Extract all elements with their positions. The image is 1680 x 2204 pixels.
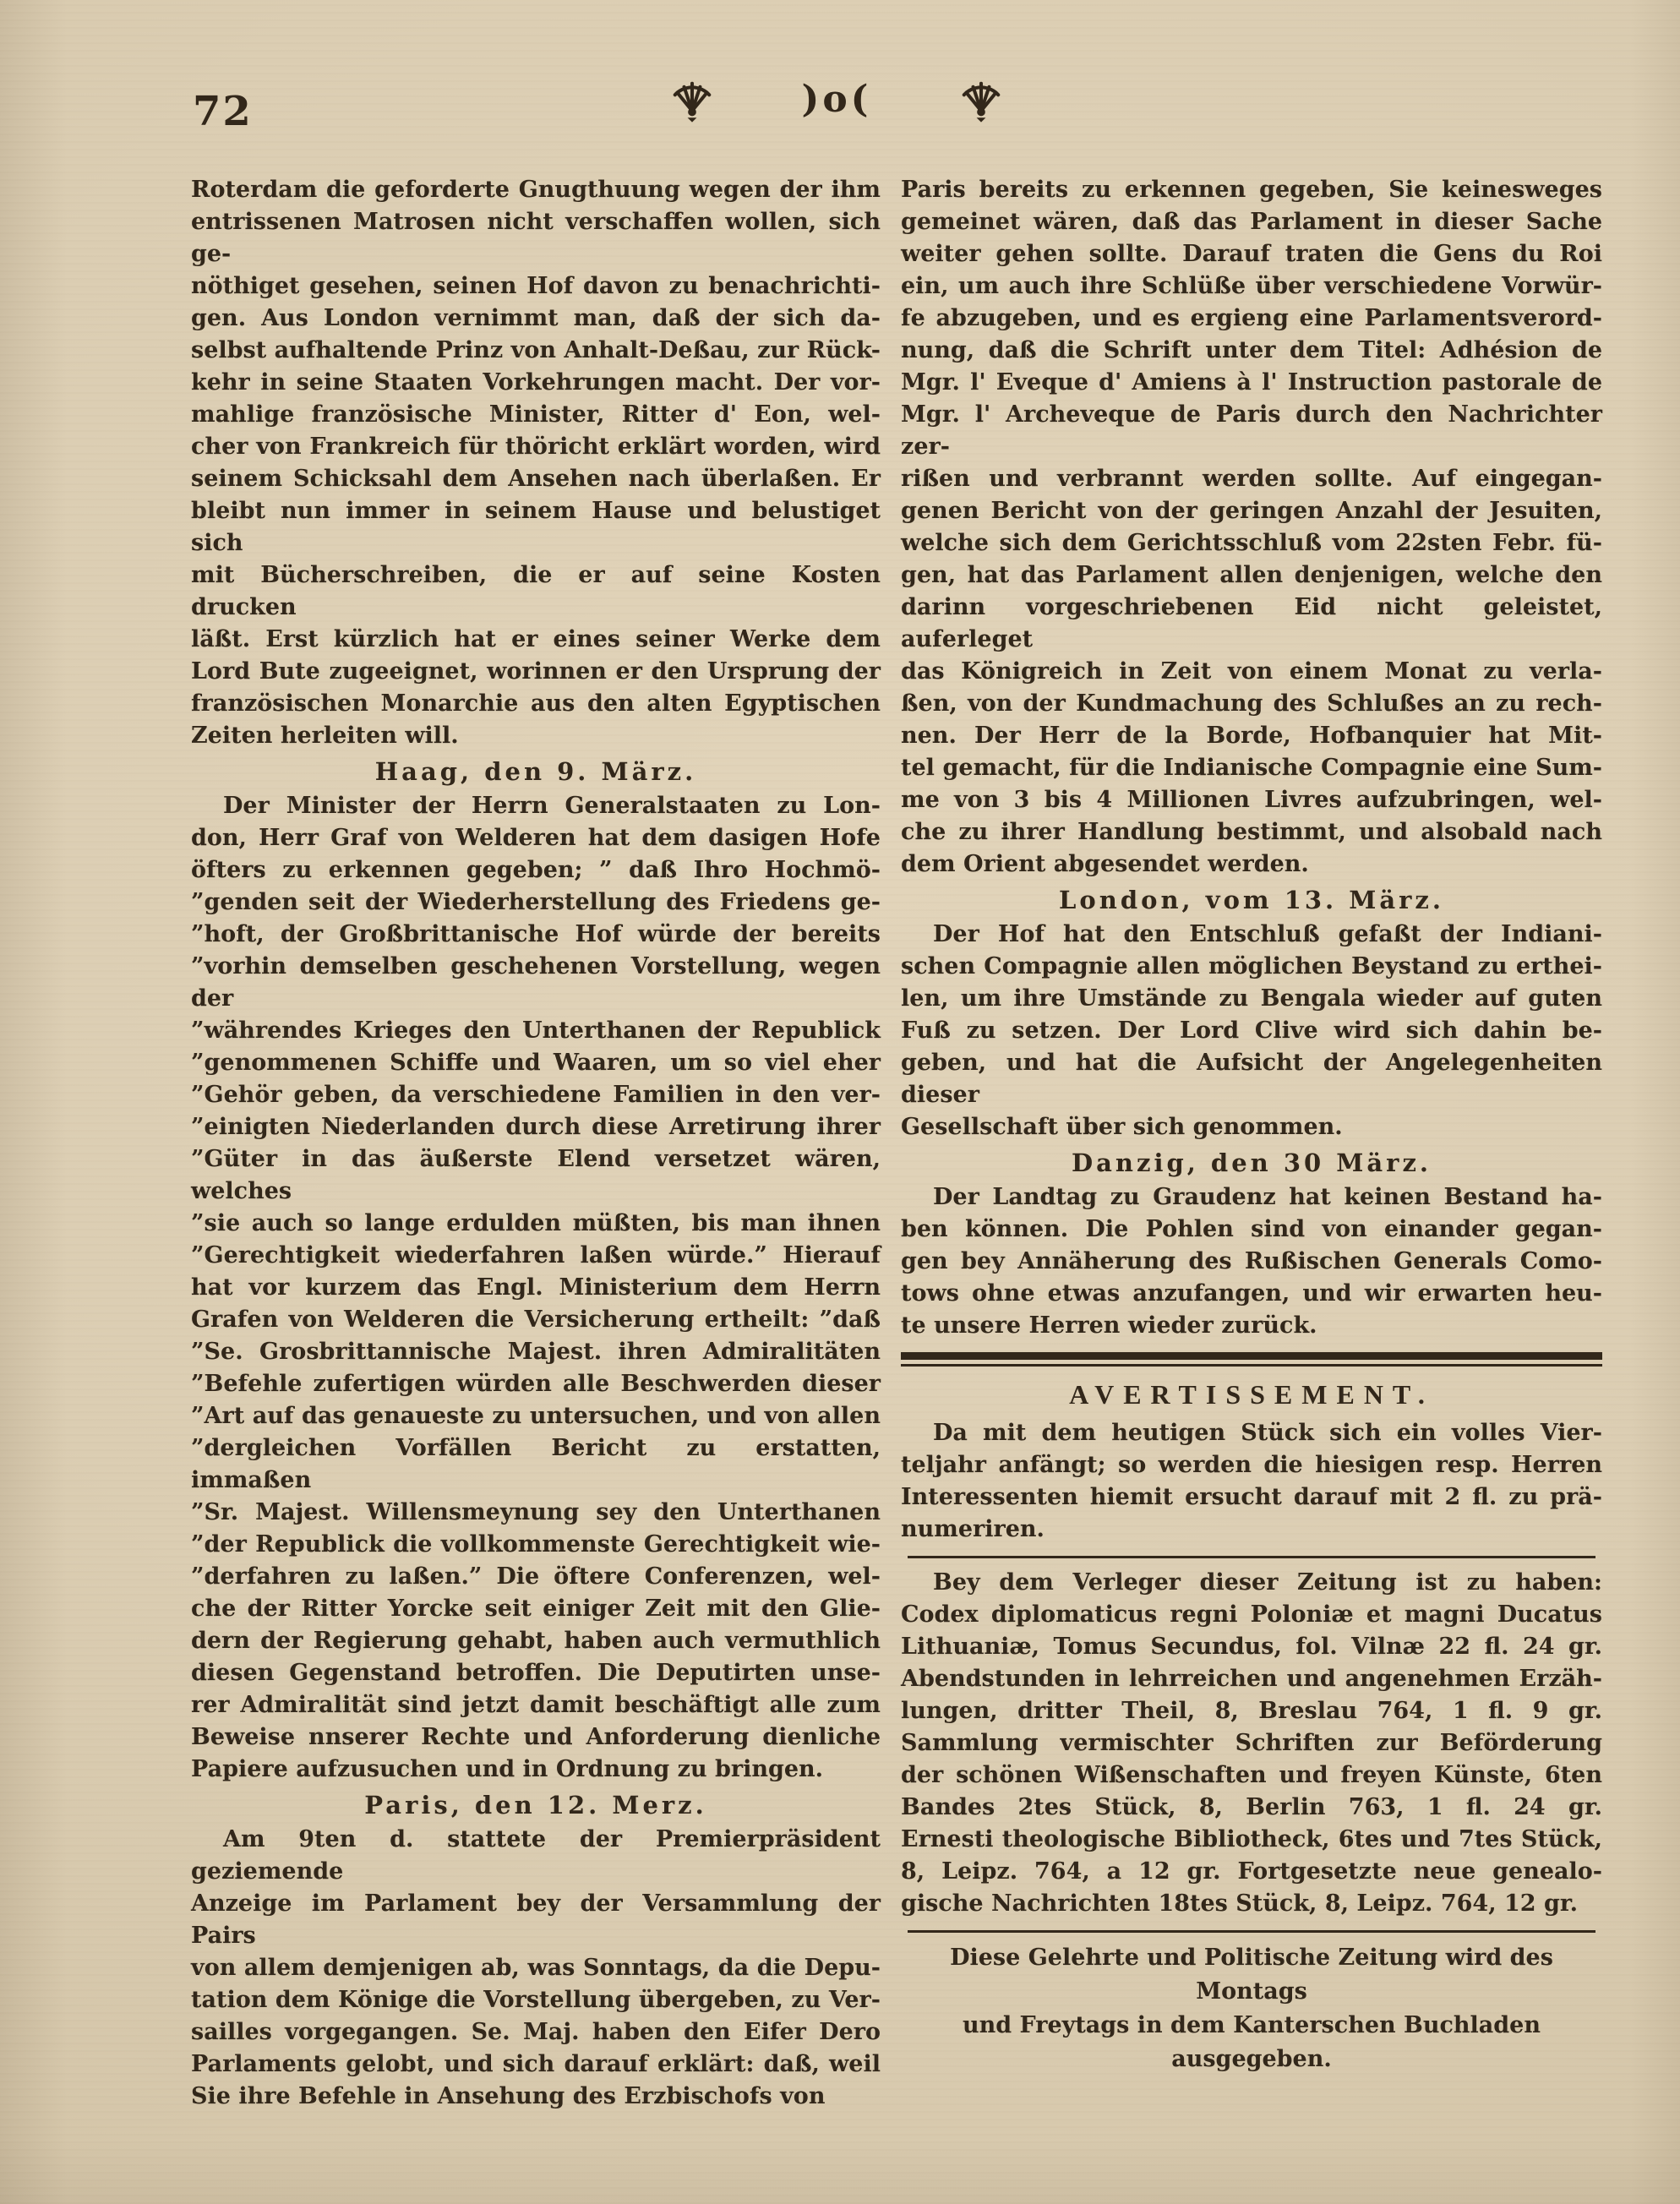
text-line: der schönen Wißenschaften und freyen Kün…	[901, 1759, 1602, 1792]
text-line: ”währendes Krieges den Unterthanen der R…	[191, 1015, 881, 1047]
right-text-column: Paris bereits zu erkennen gegeben, Sie k…	[901, 174, 1602, 2076]
text-line: gische Nachrichten 18tes Stück, 8, Leipz…	[901, 1888, 1602, 1920]
text-line: Der Landtag zu Graudenz hat keinen Besta…	[901, 1181, 1602, 1214]
text-line: ßen, von der Kundmachung des Schlußes an…	[901, 688, 1602, 720]
text-line: rißen und verbrannt werden sollte. Auf e…	[901, 463, 1602, 495]
text-line: fe abzugeben, und es ergieng eine Parlam…	[901, 303, 1602, 335]
text-line: Zeiten herleiten will.	[191, 720, 881, 752]
text-line: öfters zu erkennen gegeben; ” daß Ihro H…	[191, 854, 881, 887]
text-line: 8, Leipz. 764, a 12 gr. Fortgesetzte neu…	[901, 1856, 1602, 1888]
text-line: len, um ihre Umstände zu Bengala wieder …	[901, 983, 1602, 1015]
shell-ornament-icon	[957, 78, 1006, 127]
text-line: ”Gerechtigkeit wiederfahren laßen würde.…	[191, 1240, 881, 1272]
text-line: Ernesti theologische Bibliotheck, 6tes u…	[901, 1824, 1602, 1856]
text-line: mit Bücherschreiben, die er auf seine Ko…	[191, 559, 881, 624]
text-line: Anzeige im Parlament bey der Versammlung…	[191, 1888, 881, 1952]
text-line: Bandes 2tes Stück, 8, Berlin 763, 1 fl. …	[901, 1792, 1602, 1824]
text-line: französischen Monarchie aus den alten Eg…	[191, 688, 881, 720]
text-line: Lord Bute zugeeignet, worinnen er den Ur…	[191, 656, 881, 688]
thin-divider-rule	[908, 1930, 1595, 1933]
text-line: hat vor kurzem das Engl. Ministerium dem…	[191, 1272, 881, 1304]
text-line: Der Minister der Herrn Generalstaaten zu…	[191, 790, 881, 822]
text-line: dem Orient abgesendet werden.	[901, 848, 1602, 881]
text-line: Beweise nnserer Rechte und Anforderung d…	[191, 1721, 881, 1754]
text-line: te unsere Herren wieder zurück.	[901, 1310, 1602, 1342]
text-line: rer Admiralität sind jetzt damit beschäf…	[191, 1689, 881, 1721]
text-line: Papiere aufzusuchen und in Ordnung zu br…	[191, 1754, 881, 1786]
text-line: diesen Gegenstand betroffen. Die Deputir…	[191, 1657, 881, 1689]
thick-divider-rule	[901, 1352, 1602, 1367]
text-line: ”sie auch so lange erdulden müßten, bis …	[191, 1208, 881, 1240]
text-line: Sammlung vermischter Schriften zur Beför…	[901, 1727, 1602, 1759]
text-line: tation dem Könige die Vorstellung überge…	[191, 1984, 881, 2016]
text-line: ”genden seit der Wiederherstellung des F…	[191, 887, 881, 919]
text-line: gemeinet wären, daß das Parlament in die…	[901, 206, 1602, 238]
text-line: genen Bericht von der geringen Anzahl de…	[901, 495, 1602, 527]
text-line: läßt. Erst kürzlich hat er eines seiner …	[191, 624, 881, 656]
text-line: nöthiget gesehen, seinen Hof davon zu be…	[191, 270, 881, 303]
text-line: gen. Aus London vernimmt man, daß der si…	[191, 303, 881, 335]
text-line: nen. Der Herr de la Borde, Hofbanquier h…	[901, 720, 1602, 752]
text-line: Am 9ten d. stattete der Premierpräsident…	[191, 1824, 881, 1888]
text-line: che der Ritter Yorcke seit einiger Zeit …	[191, 1593, 881, 1625]
text-line: das Königreich in Zeit von einem Monat z…	[901, 656, 1602, 688]
text-line: tel gemacht, für die Indianische Compagn…	[901, 752, 1602, 784]
text-line: Sie ihre Befehle in Ansehung des Erzbisc…	[191, 2081, 881, 2113]
text-line: teljahr anfängt; so werden die hiesigen …	[901, 1449, 1602, 1481]
text-line: von allem demjenigen ab, was Sonntags, d…	[191, 1952, 881, 1984]
text-line: gen, hat das Parlament allen denjenigen,…	[901, 559, 1602, 592]
text-line: ”Se. Grosbrittannische Majest. ihren Adm…	[191, 1336, 881, 1368]
thin-divider-rule	[908, 1556, 1595, 1558]
text-line: Mgr. l' Archeveque de Paris durch den Na…	[901, 399, 1602, 463]
text-line: geben, und hat die Aufsicht der Angelege…	[901, 1047, 1602, 1111]
text-line: don, Herr Graf von Welderen hat dem dasi…	[191, 822, 881, 854]
text-line: mahlige französische Minister, Ritter d'…	[191, 399, 881, 431]
shell-ornament-icon	[668, 78, 717, 127]
text-line: Roterdam die geforderte Gnugthuung wegen…	[191, 174, 881, 206]
text-line: kehr in seine Staaten Vorkehrungen macht…	[191, 367, 881, 399]
text-line: ein, um auch ihre Schlüße über verschied…	[901, 270, 1602, 303]
text-line: Abendstunden in lehrreichen und angenehm…	[901, 1663, 1602, 1695]
header-ornaments: )o(	[668, 78, 1006, 127]
text-line: ”derfahren zu laßen.” Die öftere Confere…	[191, 1561, 881, 1593]
text-line: entrissenen Matrosen nicht verschaffen w…	[191, 206, 881, 270]
dateline-heading: Paris, den 12. Merz.	[191, 1786, 881, 1824]
text-line: Codex diplomaticus regni Poloniæ et magn…	[901, 1599, 1602, 1631]
text-line: gen bey Annäherung des Rußischen General…	[901, 1246, 1602, 1278]
text-line: dern der Regierung gehabt, haben auch ve…	[191, 1625, 881, 1657]
text-line: ”Sr. Majest. Willensmeynung sey den Unte…	[191, 1497, 881, 1529]
text-line: Mgr. l' Eveque d' Amiens à l' Instructio…	[901, 367, 1602, 399]
imprint-line: ausgegeben.	[901, 2043, 1602, 2076]
text-line: ”dergleichen Vorfällen Bericht zu erstat…	[191, 1432, 881, 1497]
text-line: ”Güter in das äußerste Elend versetzet w…	[191, 1143, 881, 1208]
text-line: Paris bereits zu erkennen gegeben, Sie k…	[901, 174, 1602, 206]
text-line: Der Hof hat den Entschluß gefaßt der Ind…	[901, 919, 1602, 951]
text-line: darinn vorgeschriebenen Eid nicht geleis…	[901, 592, 1602, 656]
text-line: che zu ihrer Handlung bestimmt, und also…	[901, 816, 1602, 848]
text-line: ”einigten Niederlanden durch diese Arret…	[191, 1111, 881, 1143]
text-line: Fuß zu setzen. Der Lord Clive wird sich …	[901, 1015, 1602, 1047]
text-line: numeriren.	[901, 1514, 1602, 1546]
text-line: seinem Schicksahl dem Ansehen nach überl…	[191, 463, 881, 495]
text-line: ben können. Die Pohlen sind von einander…	[901, 1214, 1602, 1246]
text-line: ”genommenen Schiffe und Waaren, um so vi…	[191, 1047, 881, 1079]
text-line: nung, daß die Schrift unter dem Titel: A…	[901, 335, 1602, 367]
text-line: selbst aufhaltende Prinz von Anhalt-Deßa…	[191, 335, 881, 367]
text-line: schen Compagnie allen möglichen Beystand…	[901, 951, 1602, 983]
text-line: Grafen von Welderen die Versicherung ert…	[191, 1304, 881, 1336]
section-mark-ornament: )o(	[802, 78, 872, 121]
imprint-line: Diese Gelehrte und Politische Zeitung wi…	[901, 1941, 1602, 2009]
text-line: Da mit dem heutigen Stück sich ein volle…	[901, 1417, 1602, 1449]
left-text-column: Roterdam die geforderte Gnugthuung wegen…	[191, 174, 881, 2113]
text-line: ”Befehle zufertigen würden alle Beschwer…	[191, 1368, 881, 1400]
dateline-heading: Haag, den 9. März.	[191, 752, 881, 790]
text-line: ”vorhin demselben geschehenen Vorstellun…	[191, 951, 881, 1015]
text-line: ”der Republick die vollkommenste Gerecht…	[191, 1529, 881, 1561]
newspaper-page: 72 )o(	[0, 0, 1680, 2204]
text-line: me von 3 bis 4 Millionen Livres aufzubri…	[901, 784, 1602, 816]
text-line: cher von Frankreich für thöricht erklärt…	[191, 431, 881, 463]
text-line: Gesellschaft über sich genommen.	[901, 1111, 1602, 1143]
text-line: lungen, dritter Theil, 8, Breslau 764, 1…	[901, 1695, 1602, 1727]
dateline-heading: London, vom 13. März.	[901, 881, 1602, 919]
text-line: weiter gehen sollte. Darauf traten die G…	[901, 238, 1602, 270]
text-line: ”Art auf das genaueste zu untersuchen, u…	[191, 1400, 881, 1432]
text-line: tows ohne etwas anzufangen, und wir erwa…	[901, 1278, 1602, 1310]
avertissement-heading: AVERTISSEMENT.	[901, 1370, 1602, 1417]
text-line: welche sich dem Gerichtsschluß vom 22ste…	[901, 527, 1602, 559]
text-line: Parlaments gelobt, und sich darauf erklä…	[191, 2049, 881, 2081]
text-line: ”hoft, der Großbrittanische Hof würde de…	[191, 919, 881, 951]
text-line: Interessenten hiemit ersucht darauf mit …	[901, 1481, 1602, 1514]
dateline-heading: Danzig, den 30 März.	[901, 1143, 1602, 1181]
imprint-line: und Freytags in dem Kanterschen Buchlade…	[901, 2009, 1602, 2043]
text-line: bleibt nun immer in seinem Hause und bel…	[191, 495, 881, 559]
text-line: Lithuaniæ, Tomus Secundus, fol. Vilnæ 22…	[901, 1631, 1602, 1663]
page-number: 72	[193, 88, 253, 135]
text-line: sailles vorgegangen. Se. Maj. haben den …	[191, 2016, 881, 2049]
text-line: ”Gehör geben, da verschiedene Familien i…	[191, 1079, 881, 1111]
text-line: Bey dem Verleger dieser Zeitung ist zu h…	[901, 1567, 1602, 1599]
